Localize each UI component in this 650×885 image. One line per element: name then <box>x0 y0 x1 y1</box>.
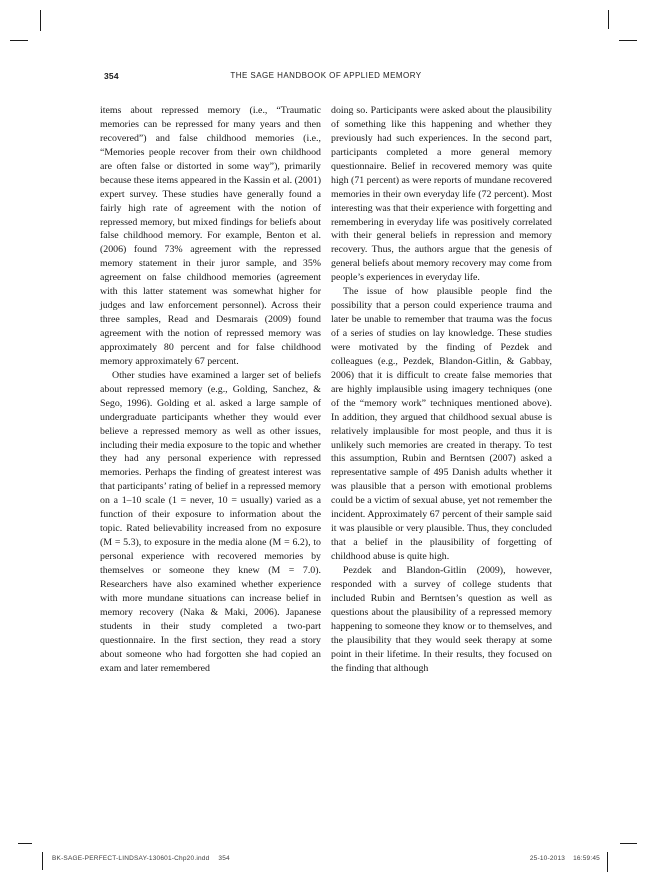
text-block: items about repressed memory (i.e., “Tra… <box>100 104 552 675</box>
footer-page-number: 354 <box>218 855 229 862</box>
body-paragraph: doing so. Participants were asked about … <box>331 104 552 285</box>
body-paragraph: Pezdek and Blandon-Gitlin (2009), howeve… <box>331 564 552 676</box>
book-page: 354 THE SAGE HANDBOOK OF APPLIED MEMORY … <box>0 0 650 885</box>
body-paragraph: The issue of how plausible people find t… <box>331 285 552 564</box>
right-column: doing so. Participants were asked about … <box>331 104 552 675</box>
crop-mark-bottom-right-vertical <box>607 852 608 872</box>
crop-mark-bottom-right-horizontal <box>620 843 637 844</box>
crop-mark-top-right-vertical <box>608 10 609 29</box>
crop-mark-top-right-horizontal <box>619 40 637 41</box>
crop-mark-bottom-left-horizontal <box>18 843 32 844</box>
body-paragraph: items about repressed memory (i.e., “Tra… <box>100 104 321 369</box>
body-paragraph: Other studies have examined a larger set… <box>100 369 321 676</box>
left-column: items about repressed memory (i.e., “Tra… <box>100 104 321 675</box>
crop-mark-top-left-horizontal <box>10 40 28 41</box>
running-head: THE SAGE HANDBOOK OF APPLIED MEMORY <box>100 71 552 80</box>
crop-mark-top-left-vertical <box>40 10 41 31</box>
crop-mark-bottom-left-vertical <box>42 852 43 870</box>
footer-time: 16:59:45 <box>573 855 600 862</box>
footer-date: 25-10-2013 <box>530 855 565 862</box>
page-header: 354 THE SAGE HANDBOOK OF APPLIED MEMORY <box>100 71 552 85</box>
footer-slug: BK-SAGE-PERFECT-LINDSAY-130601-Chp20.ind… <box>52 855 230 862</box>
footer-timestamp: 25-10-201316:59:45 <box>530 855 600 862</box>
footer-file-name: BK-SAGE-PERFECT-LINDSAY-130601-Chp20.ind… <box>52 855 209 862</box>
